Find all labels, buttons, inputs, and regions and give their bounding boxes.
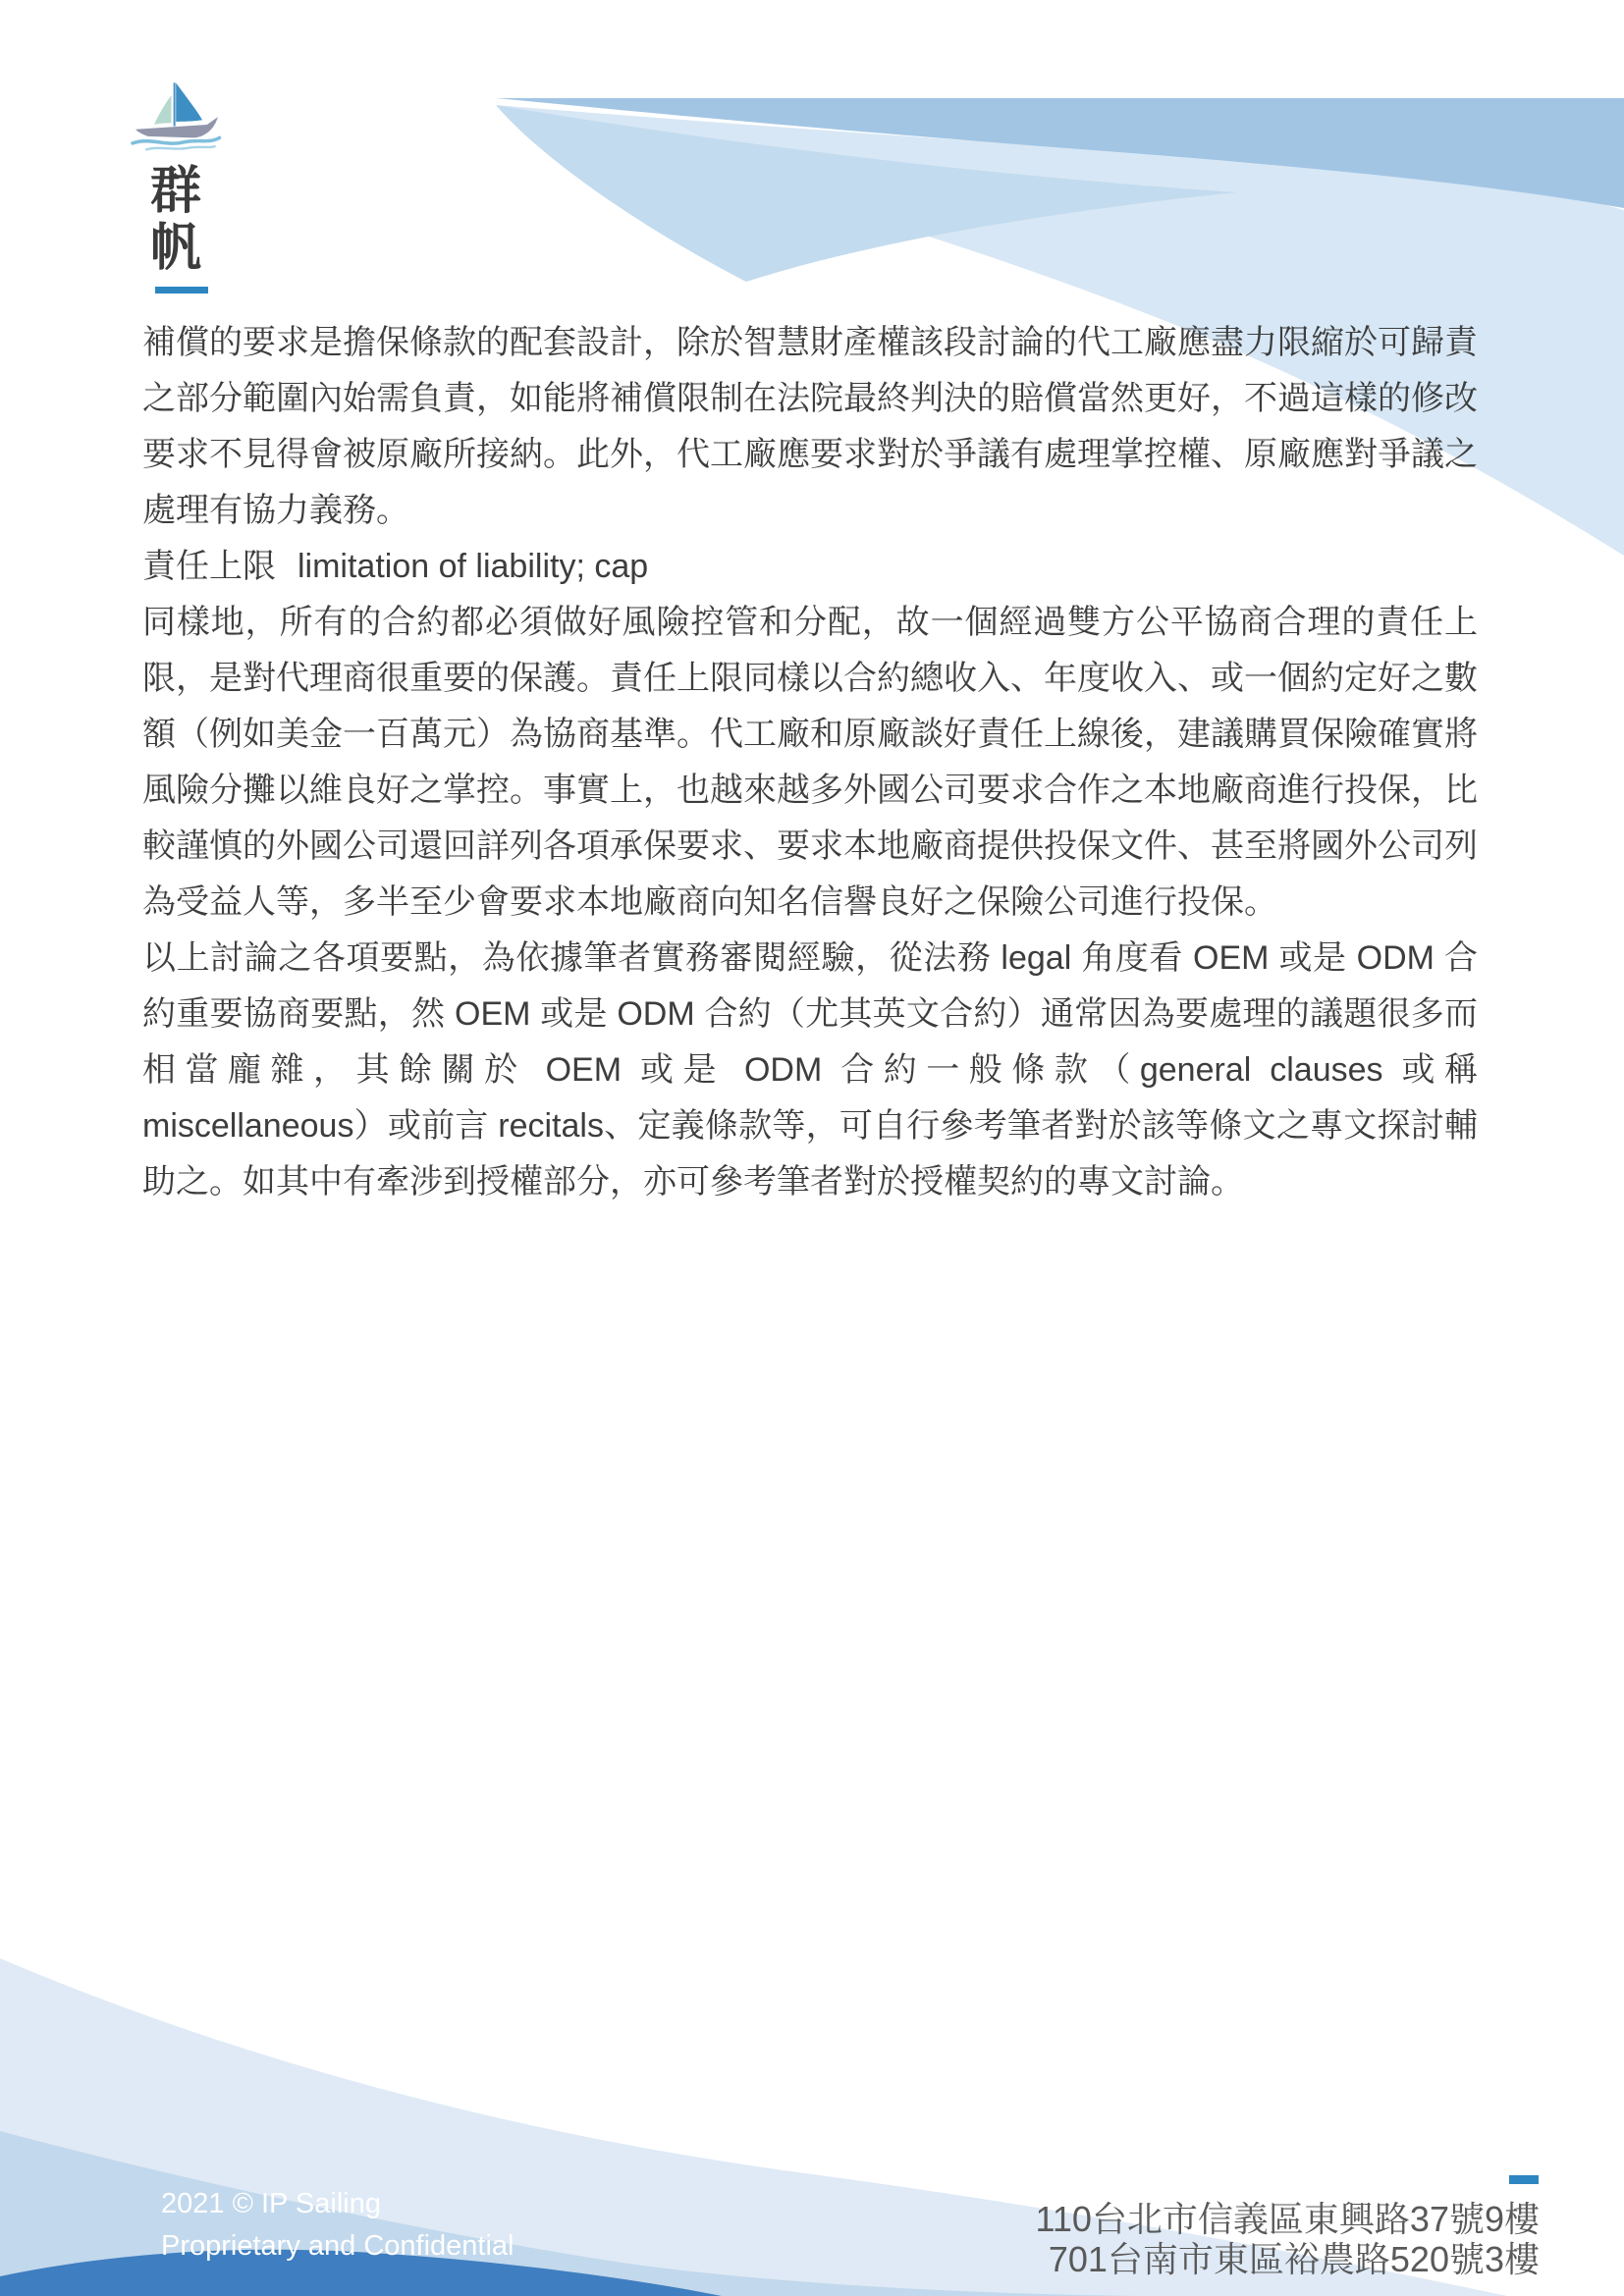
address-tainan: 701台南市東區裕農路520號3樓 [1036,2239,1540,2279]
logo-char-1: 群 [150,163,201,220]
sailboat-icon [125,77,229,154]
section-heading-en: limitation of liability; cap [298,548,648,585]
company-logo-text: 群 帆 [150,163,201,277]
document-body: 補償的要求是擔保條款的配套設計，除於智慧財產權該段討論的代工廠應盡力限縮於可歸責… [142,315,1478,1210]
copyright-text: 2021 © IP Sailing [161,2183,514,2225]
document-page: 群 帆 補償的要求是擔保條款的配套設計，除於智慧財產權該段討論的代工廠應盡力限縮… [0,0,1624,2296]
logo-underline [155,287,208,294]
logo-char-2: 帆 [150,220,201,277]
footer-address-block: 110台北市信義區東興路37號9樓 701台南市東區裕農路520號3樓 [1036,2199,1540,2279]
paragraph-liability-cap: 同樣地，所有的合約都必須做好風險控管和分配，故一個經過雙方公平協商合理的責任上限… [142,595,1478,931]
footer-copyright-block: 2021 © IP Sailing Proprietary and Confid… [161,2183,514,2268]
address-accent-dash [1509,2175,1539,2184]
confidentiality-text: Proprietary and Confidential [161,2225,514,2268]
section-heading-limitation-of-liability: 責任上限limitation of liability; cap [142,539,1478,595]
address-taipei: 110台北市信義區東興路37號9樓 [1036,2199,1540,2239]
paragraph-summary: 以上討論之各項要點，為依據筆者實務審閱經驗，從法務 legal 角度看 OEM … [142,931,1478,1210]
paragraph-indemnification: 補償的要求是擔保條款的配套設計，除於智慧財產權該段討論的代工廠應盡力限縮於可歸責… [142,315,1478,539]
section-heading-zh: 責任上限 [142,548,276,585]
